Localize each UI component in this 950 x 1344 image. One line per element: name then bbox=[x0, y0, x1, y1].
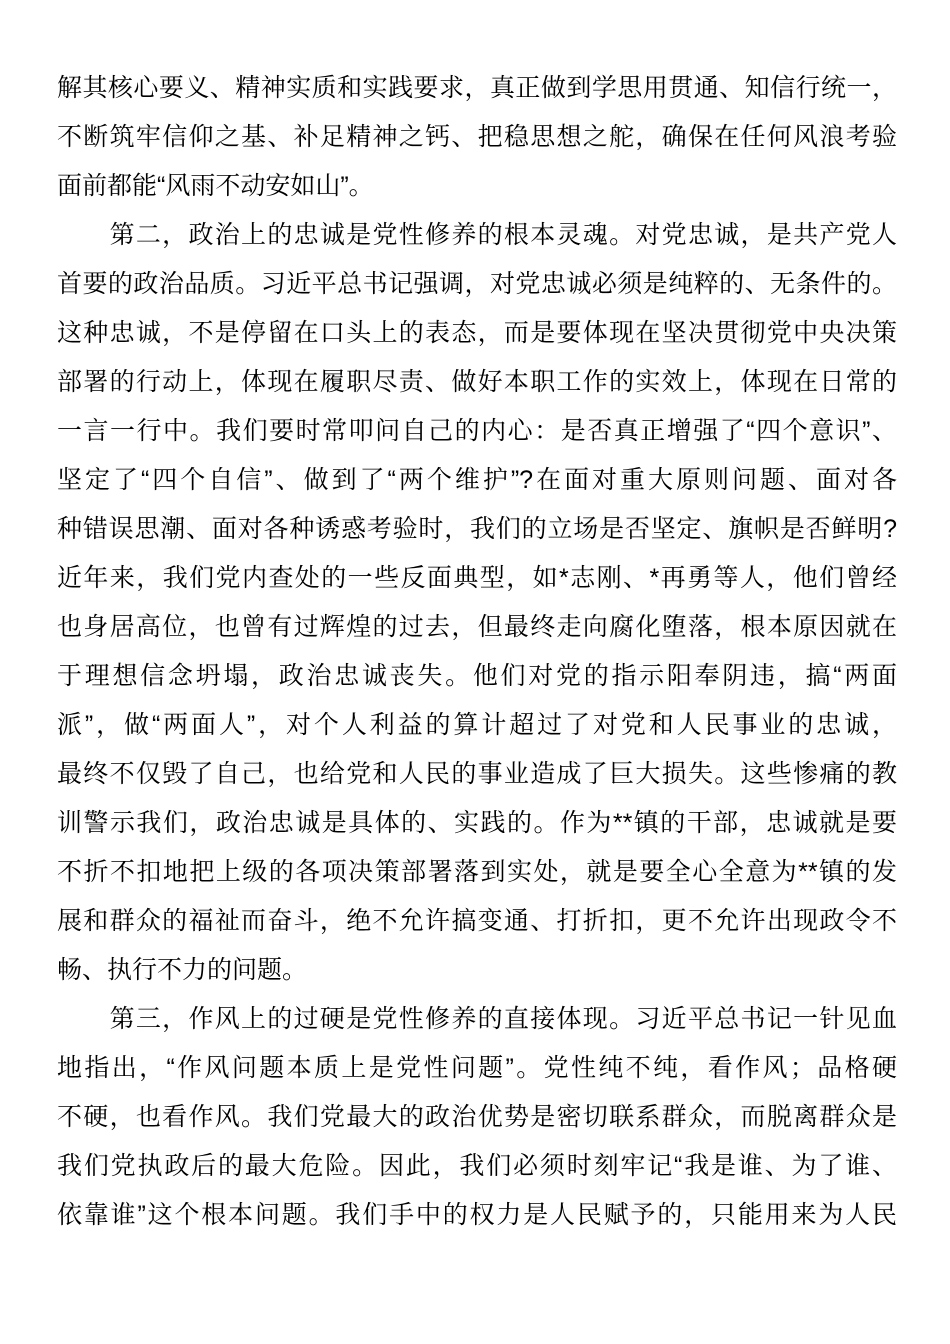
text-line: 种错误思潮、面对各种诱惑考验时，我们的立场是否坚定、旗帜是否鲜明? bbox=[57, 505, 897, 554]
text-line: 依靠谁”这个根本问题。我们手中的权力是人民赋予的，只能用来为人民 bbox=[57, 1191, 897, 1240]
text-line: 地指出，“作风问题本质上是党性问题”。党性纯不纯，看作风；品格硬 bbox=[57, 1044, 897, 1093]
text-line: 畅、执行不力的问题。 bbox=[57, 946, 897, 995]
text-line: 一言一行中。我们要时常叩问自己的内心：是否真正增强了“四个意识”、 bbox=[57, 407, 897, 456]
text-line: 派”，做“两面人”，对个人利益的算计超过了对党和人民事业的忠诚， bbox=[57, 701, 897, 750]
text-line: 展和群众的福祉而奋斗，绝不允许搞变通、打折扣，更不允许出现政令不 bbox=[57, 897, 897, 946]
text-line: 不折不扣地把上级的各项决策部署落到实处，就是要全心全意为**镇的发 bbox=[57, 848, 897, 897]
text-line: 坚定了“四个自信”、做到了“两个维护”?在面对重大原则问题、面对各 bbox=[57, 456, 897, 505]
text-line: 也身居高位，也曾有过辉煌的过去，但最终走向腐化堕落，根本原因就在 bbox=[57, 603, 897, 652]
document-page: 解其核心要义、精神实质和实践要求，真正做到学思用贯通、知信行统一， 不断筑牢信仰… bbox=[0, 0, 950, 1344]
text-line: 第三，作风上的过硬是党性修养的直接体现。习近平总书记一针见血 bbox=[57, 995, 897, 1044]
text-line: 近年来，我们党内查处的一些反面典型，如*志刚、*再勇等人，他们曾经 bbox=[57, 554, 897, 603]
text-line: 面前都能“风雨不动安如山”。 bbox=[57, 162, 897, 211]
text-line: 不硬，也看作风。我们党最大的政治优势是密切联系群众，而脱离群众是 bbox=[57, 1093, 897, 1142]
text-line: 部署的行动上，体现在履职尽责、做好本职工作的实效上，体现在日常的 bbox=[57, 358, 897, 407]
text-line: 最终不仅毁了自己，也给党和人民的事业造成了巨大损失。这些惨痛的教 bbox=[57, 750, 897, 799]
text-line: 解其核心要义、精神实质和实践要求，真正做到学思用贯通、知信行统一， bbox=[57, 64, 897, 113]
text-line: 于理想信念坍塌，政治忠诚丧失。他们对党的指示阳奉阴违，搞“两面 bbox=[57, 652, 897, 701]
text-line: 训警示我们，政治忠诚是具体的、实践的。作为**镇的干部，忠诚就是要 bbox=[57, 799, 897, 848]
text-line: 第二，政治上的忠诚是党性修养的根本灵魂。对党忠诚，是共产党人 bbox=[57, 211, 897, 260]
text-line: 首要的政治品质。习近平总书记强调，对党忠诚必须是纯粹的、无条件的。 bbox=[57, 260, 897, 309]
text-line: 不断筑牢信仰之基、补足精神之钙、把稳思想之舵，确保在任何风浪考验 bbox=[57, 113, 897, 162]
text-line: 我们党执政后的最大危险。因此，我们必须时刻牢记“我是谁、为了谁、 bbox=[57, 1142, 897, 1191]
text-line: 这种忠诚，不是停留在口头上的表态，而是要体现在坚决贯彻党中央决策 bbox=[57, 309, 897, 358]
